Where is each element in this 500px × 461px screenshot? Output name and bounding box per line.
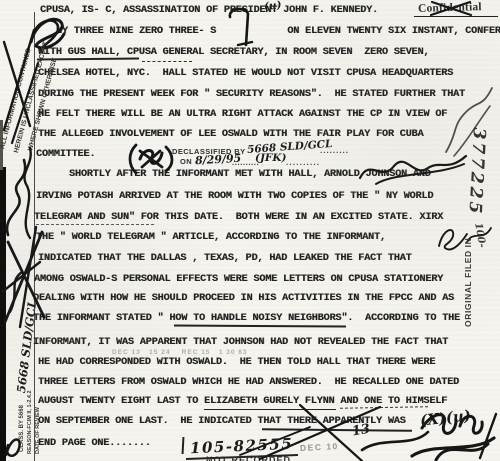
jfk-dots: .......... [286,158,320,167]
typed-line: THREE LETTERS FROM OSWALD WHICH HE HAD A… [38,376,459,388]
serial-number-right: 377225 [464,127,489,217]
declassified-dots: ......... [320,146,349,155]
committee-class-scribble-icon [126,141,176,175]
typed-line: END PAGE ONE....... [38,437,151,449]
typed-line: CPUSA, IS- C, ASSASSINATION OF PRESIDENT… [40,4,378,16]
margin-notice-cross-icon [0,18,42,153]
typed-line: IRVING POTASH ARRIVED AT THE ROOM WITH T… [36,190,433,202]
margin-bottom-scrawl-icon [0,425,30,461]
typed-line: DEALING WITH HOW HE SHOULD PROCEED IN HI… [33,292,454,304]
u-classification-mark: (u) [263,0,282,13]
faint-received-stamp: DEC 13 15 24 REC 15 1 30 63 [112,349,248,356]
confidential-x-icon [428,0,474,18]
typed-line: INDICATED THAT THE DALLAS , TEXAS, PD, H… [38,252,412,264]
date-of-review-stamp: DATE OF REVIEW [35,407,41,454]
underline-gus-hall-dashes [142,61,192,62]
typed-line: TELEGRAM AND SUN" FOR THIS DATE. BOTH WE… [34,211,443,223]
bottom-right-scrawl-icon [352,408,500,461]
file-number-tick [182,437,184,454]
typed-line: THE " WORLD TELEGRAM " ARTICLE, ACCORDIN… [36,231,386,243]
typed-line: NY THREE NINE ZERO THREE- S ON ELEVEN TW… [56,25,500,37]
typed-line: CHELSEA HOTEL, NYC. HALL STATED HE WOULD… [38,67,453,79]
typed-line: HE HAD CORRESPONDED WITH OSWALD. HE THEN… [38,356,435,368]
typed-line: DURING THE PRESENT WEEK FOR " SECURITY R… [38,88,465,100]
typed-line: THE ALLEGED INVOLVEMENT OF LEE OSWALD WI… [38,128,423,140]
typed-line: INFORMANT, IT WAS APPARENT THAT JOHNSON … [33,336,448,348]
typed-line: AMONG OSWALD-S PERSONAL EFFECTS WERE SOM… [34,273,443,285]
on-label: ON [180,157,192,166]
underline-noisy-neighbors [174,324,346,326]
jfk-mark: (JFK) [255,152,287,164]
original-filed-in-stamp: ORIGINAL FILED IN [463,238,473,327]
underline-telegram-sun [36,224,154,225]
typed-line: THE INFORMANT STATED " HOW TO HANDLE NOI… [33,312,460,324]
scanned-fbi-document-page: CPUSA, IS- C, ASSASSINATION OF PRESIDENT… [0,0,500,461]
handwritten-hook-icon [222,5,258,49]
typed-line: HE FELT THERE WILL BE AN ULTRA RIGHT ATT… [38,108,447,120]
